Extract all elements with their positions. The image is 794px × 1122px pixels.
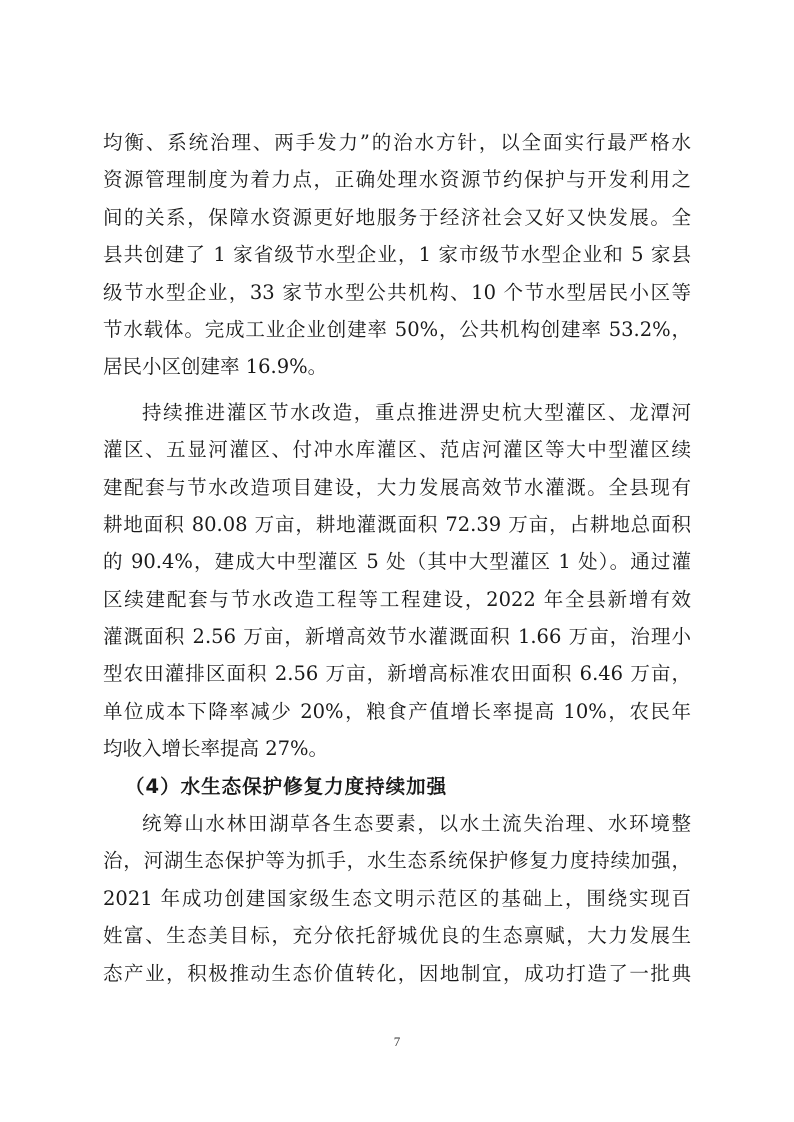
text-line: 节水载体。完成工业企业创建率 50%，公共机构创建率 53.2%， [103, 311, 691, 348]
text-line: 灌溉面积 2.56 万亩，新增高效节水灌溉面积 1.66 万亩，治理小 [103, 618, 691, 655]
text-line: 级节水型企业，33 家节水型公共机构、10 个节水型居民小区等 [103, 274, 691, 311]
text-line: 区续建配套与节水改造工程等工程建设，2022 年全县新增有效 [103, 581, 691, 618]
text-line: 持续推进灌区节水改造，重点推进淠史杭大型灌区、龙潭河 [103, 394, 691, 431]
page-number: 7 [0, 1034, 794, 1050]
section-heading: （4）水生态保护修复力度持续加强 [103, 768, 691, 805]
text-line: 居民小区创建率 16.9%。 [103, 348, 691, 385]
text-line: 单位成本下降率减少 20%，粮食产值增长率提高 10%，农民年 [103, 693, 691, 730]
text-line: 县共创建了 1 家省级节水型企业，1 家市级节水型企业和 5 家县 [103, 236, 691, 273]
text-line: 统筹山水林田湖草各生态要素，以水土流失治理、水环境整 [103, 805, 691, 842]
text-line: 均衡、系统治理、两手发力”的治水方针，以全面实行最严格水 [103, 124, 691, 161]
text-line: 型农田灌排区面积 2.56 万亩，新增高标准农田面积 6.46 万亩， [103, 655, 691, 692]
paragraph-irrigation: 持续推进灌区节水改造，重点推进淠史杭大型灌区、龙潭河 灌区、五显河灌区、付冲水库… [103, 394, 691, 768]
text-line: 灌区、五显河灌区、付冲水库灌区、范店河灌区等大中型灌区续 [103, 431, 691, 468]
text-line: 资源管理制度为着力点，正确处理水资源节约保护与开发利用之 [103, 161, 691, 198]
text-line: 耕地面积 80.08 万亩，耕地灌溉面积 72.39 万亩，占耕地总面积 [103, 506, 691, 543]
text-line: 建配套与节水改造项目建设，大力发展高效节水灌溉。全县现有 [103, 469, 691, 506]
text-line: 姓富、生态美目标，充分依托舒城优良的生态禀赋，大力发展生 [103, 917, 691, 954]
text-line: 的 90.4%，建成大中型灌区 5 处（其中大型灌区 1 处）。通过灌 [103, 543, 691, 580]
text-line: 均收入增长率提高 27%。 [103, 730, 691, 767]
body-text: 均衡、系统治理、两手发力”的治水方针，以全面实行最严格水 资源管理制度为着力点，… [103, 124, 691, 992]
text-line: 治，河湖生态保护等为抓手，水生态系统保护修复力度持续加强， [103, 842, 691, 879]
paragraph-water-policy: 均衡、系统治理、两手发力”的治水方针，以全面实行最严格水 资源管理制度为着力点，… [103, 124, 691, 386]
text-line: 间的关系，保障水资源更好地服务于经济社会又好又快发展。全 [103, 199, 691, 236]
text-line: 态产业，积极推动生态价值转化，因地制宜，成功打造了一批典 [103, 955, 691, 992]
text-line: 2021 年成功创建国家级生态文明示范区的基础上，围绕实现百 [103, 880, 691, 917]
paragraph-spacing [103, 386, 691, 394]
document-page: 均衡、系统治理、两手发力”的治水方针，以全面实行最严格水 资源管理制度为着力点，… [0, 0, 794, 1122]
paragraph-ecology: 统筹山水林田湖草各生态要素，以水土流失治理、水环境整 治，河湖生态保护等为抓手，… [103, 805, 691, 992]
